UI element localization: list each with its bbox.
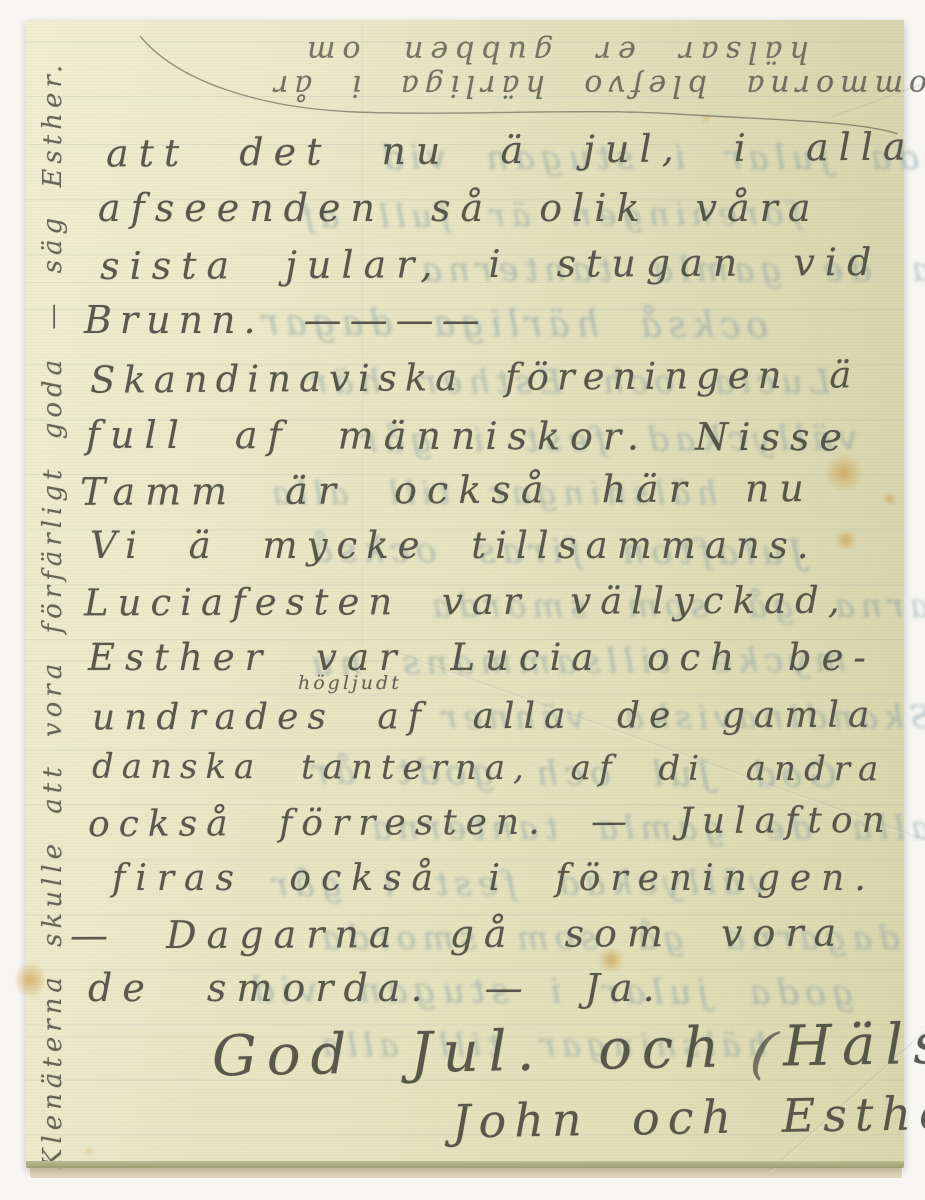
stain	[884, 492, 896, 506]
handwritten-line-7: Tamm är också här nu	[80, 466, 814, 514]
inserted-word-hogljudt: högljudt	[298, 672, 402, 694]
handwritten-line-5: Skandinaviska föreningen ä	[90, 353, 860, 401]
handwritten-line-16: de smorda. — Ja.	[88, 966, 665, 1010]
paper-bottom-edge	[26, 1161, 904, 1168]
handwritten-line-14: firas också i föreningen.	[112, 858, 876, 899]
handwritten-line-15: — Dagarna gå som vora	[70, 911, 846, 958]
postscript-upside-down-line-1: hälsar er gubben om	[300, 34, 809, 69]
stain	[836, 528, 856, 552]
stain	[84, 1146, 94, 1156]
handwritten-line-12: danska tanterna, af di andra	[92, 747, 886, 790]
handwritten-line-11: undrades af alla de gamla	[92, 695, 879, 739]
scan-background: goda jular i stugan vid föreningen är fu…	[0, 0, 925, 1200]
handwritten-line-8: Vi ä mycke tillsammans.	[90, 524, 818, 567]
letter-paper: goda jular i stugan vid föreningen är fu…	[26, 20, 904, 1168]
handwritten-line-6: full af människor. Nisse	[86, 413, 852, 460]
handwritten-line-4: Brunn. ————	[84, 298, 488, 342]
margin-note-vertical: Klenäterna skulle att vora förfärligt go…	[38, 60, 68, 1168]
closing-line: God Jul. och Häls	[211, 1012, 925, 1090]
postscript-upside-down-line-2: Blommorna blefvo härliga i år	[268, 68, 925, 103]
handwritten-line-1: att det nu ä jul, i alla	[106, 124, 916, 175]
handwritten-line-13: också förresten. — Julafton	[88, 800, 894, 845]
handwritten-line-9: Luciafesten var vällyckad,	[84, 579, 849, 625]
handwritten-line-2: afseenden så olik våra	[98, 186, 821, 230]
signature-line: John och Esther	[452, 1085, 925, 1148]
handwritten-line-10: Esther var Lucia och be-	[88, 636, 876, 679]
handwritten-line-3: sista jular, i stugan vid	[100, 240, 882, 288]
